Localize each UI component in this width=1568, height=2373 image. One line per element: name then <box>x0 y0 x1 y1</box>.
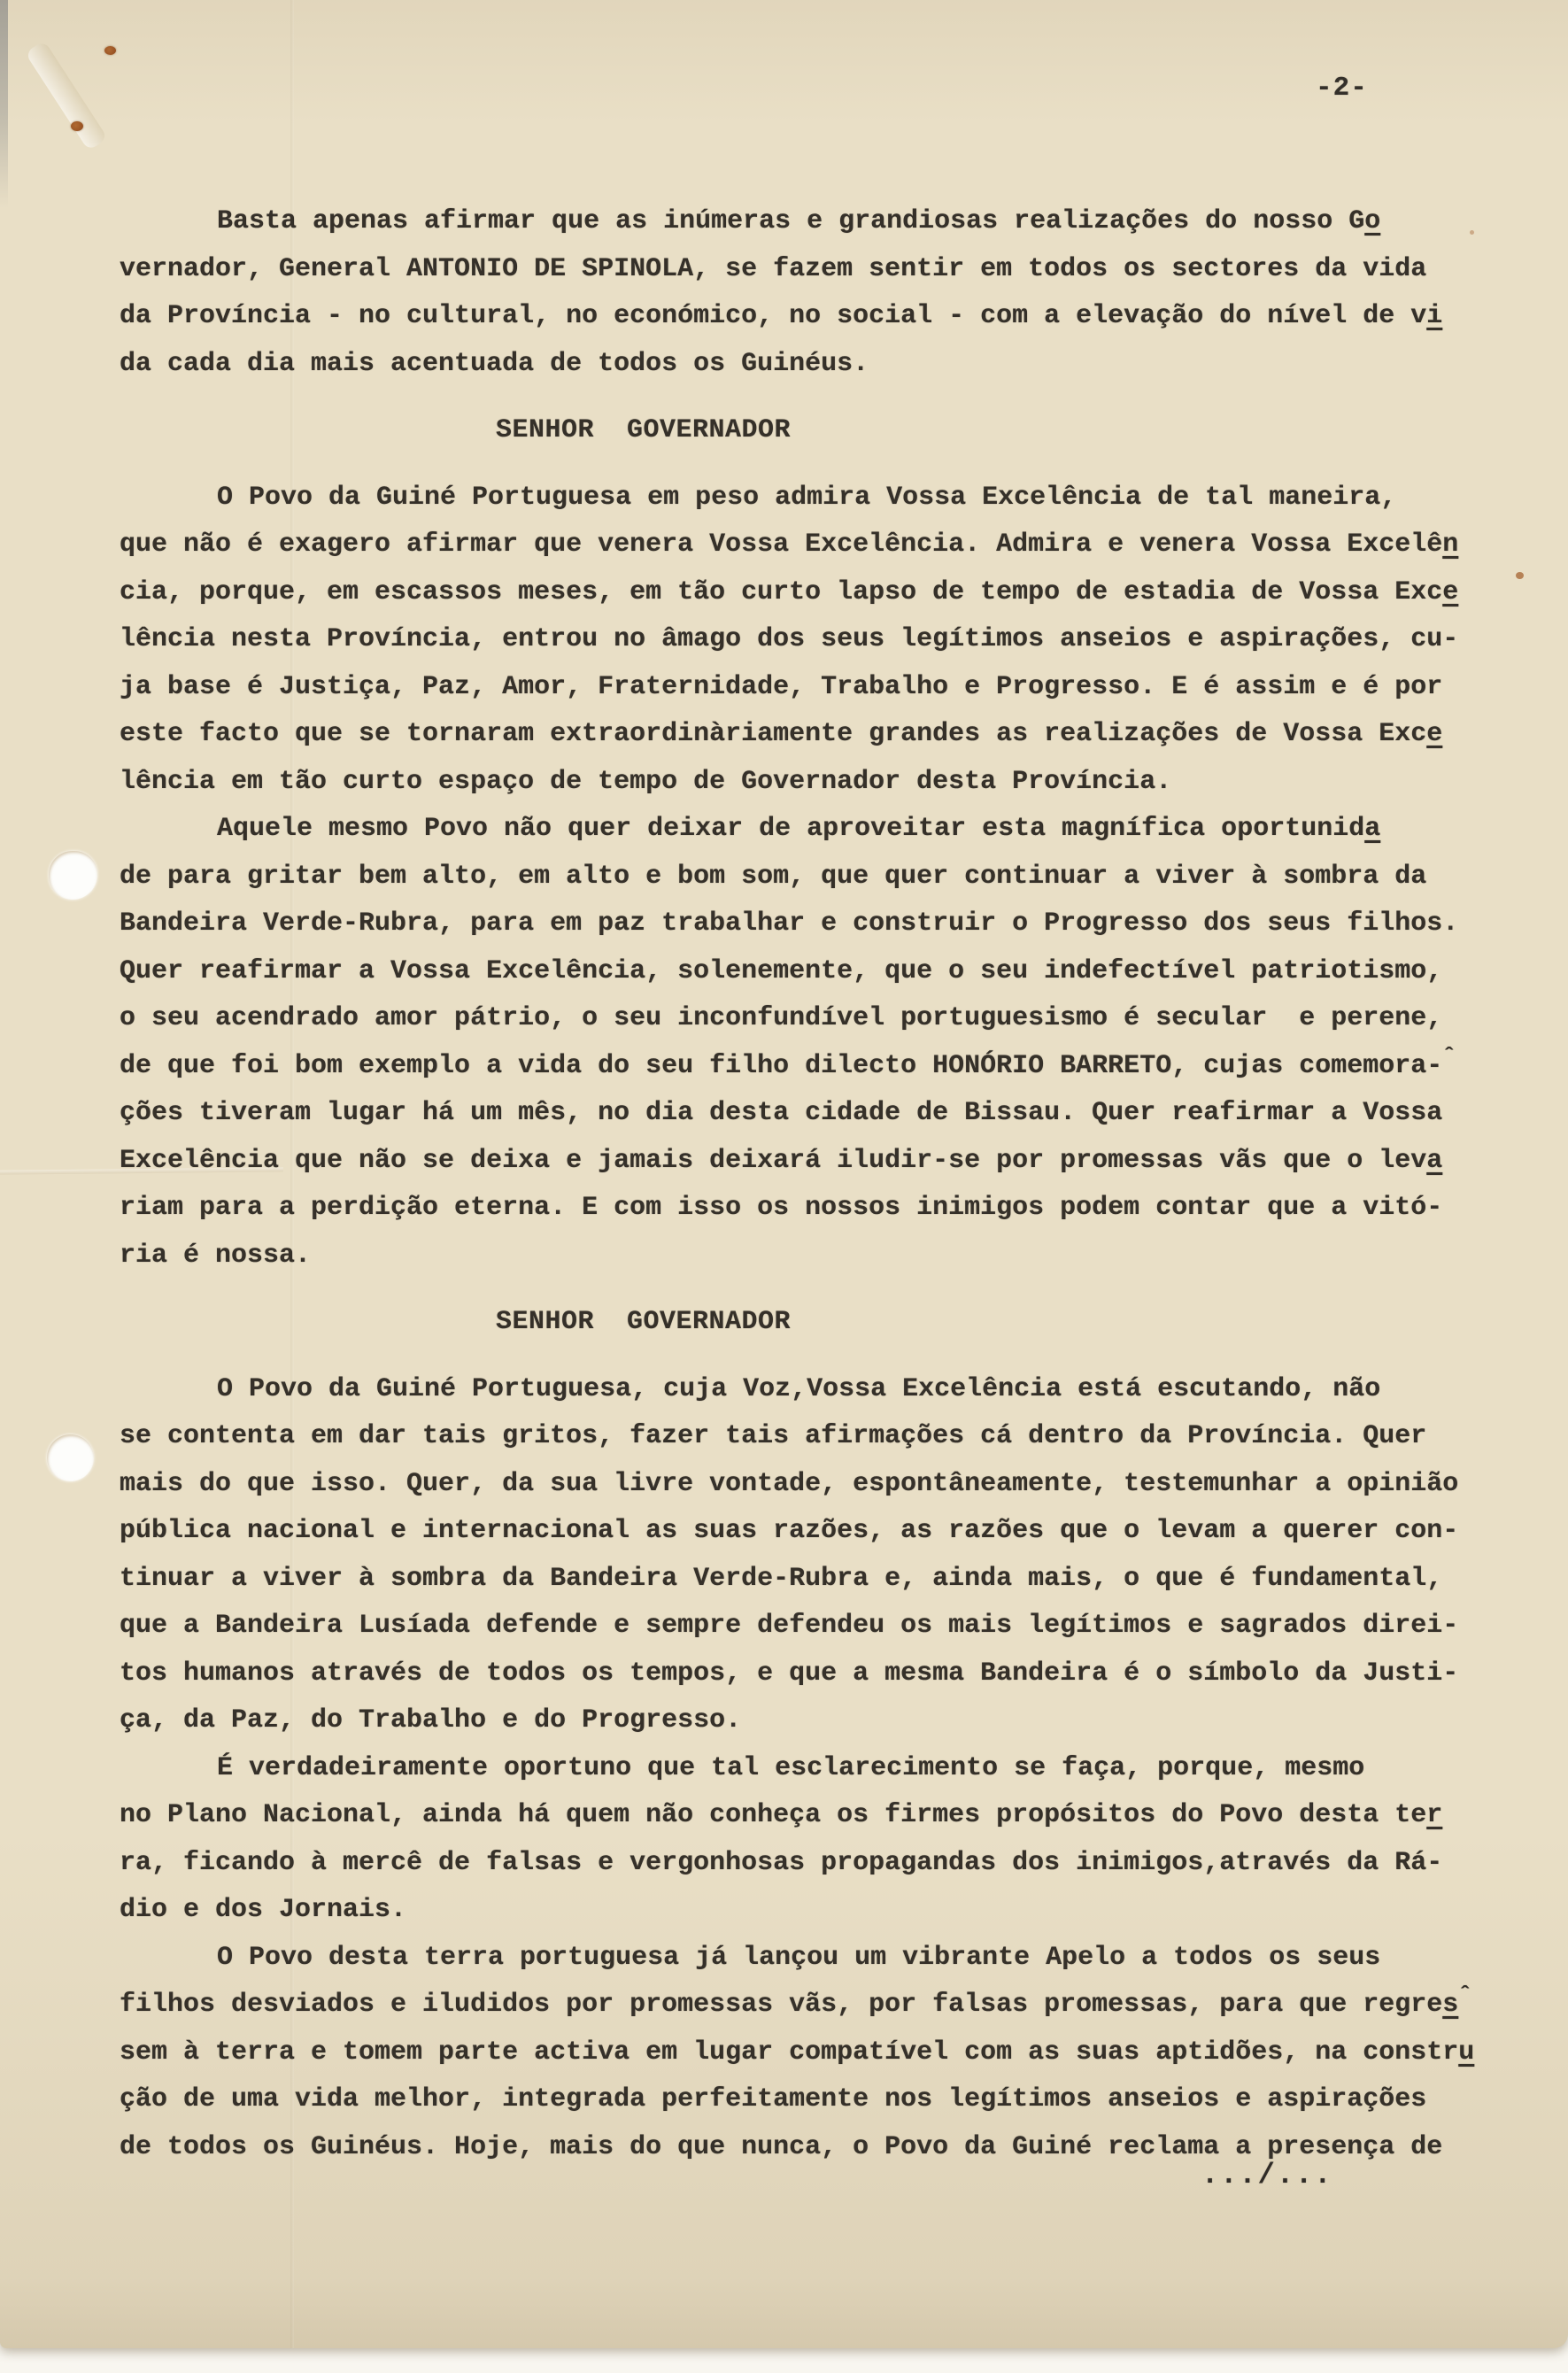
text-line: cia, porque, em escassos meses, em tão c… <box>120 569 1541 617</box>
typewritten-text: Basta apenas afirmar que as inúmeras e g… <box>120 198 1541 2171</box>
continuation-mark: .../... <box>1201 2159 1332 2191</box>
text-line: este facto que se tornaram extraordinàri… <box>120 711 1541 759</box>
text-line: O Povo da Guiné Portuguesa, cuja Voz,Vos… <box>120 1366 1541 1414</box>
page-number: -2- <box>1316 73 1368 104</box>
text-line: lência em tão curto espaço de tempo de G… <box>120 759 1541 807</box>
text-line: se contenta em dar tais gritos, fazer ta… <box>120 1413 1541 1461</box>
text-line: pública nacional e internacional as suas… <box>120 1508 1541 1556</box>
staple-crease <box>25 41 108 151</box>
section-heading: SENHOR GOVERNADOR <box>496 407 1541 455</box>
text-line: O Povo desta terra portuguesa já lançou … <box>120 1935 1541 1983</box>
text-line: da Província - no cultural, no económico… <box>120 293 1541 341</box>
hole-punch <box>47 1434 94 1481</box>
text-line: sem à terra e tomem parte activa em luga… <box>120 2029 1541 2077</box>
text-line: que a Bandeira Lusíada defende e sempre … <box>120 1603 1541 1650</box>
hole-punch <box>49 851 97 900</box>
text-line: ra, ficando à mercê de falsas e vergonho… <box>120 1840 1541 1888</box>
staple-rust-mark <box>104 46 116 55</box>
text-line: que não é exagero afirmar que venera Vos… <box>120 522 1541 569</box>
text-line: ção de uma vida melhor, integrada perfei… <box>120 2076 1541 2124</box>
text-line: o seu acendrado amor pátrio, o seu incon… <box>120 995 1541 1043</box>
scanned-page: -2- Basta apenas afirmar que as inúmeras… <box>0 0 1568 2348</box>
text-line: no Plano Nacional, ainda há quem não con… <box>120 1792 1541 1840</box>
text-line: É verdadeiramente oportuno que tal escla… <box>120 1745 1541 1793</box>
text-line: ja base é Justiça, Paz, Amor, Fraternida… <box>120 664 1541 712</box>
text-line: dio e dos Jornais. <box>120 1887 1541 1935</box>
text-line: tos humanos através de todos os tempos, … <box>120 1650 1541 1698</box>
section-heading: SENHOR GOVERNADOR <box>496 1299 1541 1347</box>
text-line: Quer reafirmar a Vossa Excelência, solen… <box>120 948 1541 996</box>
text-line: mais do que isso. Quer, da sua livre von… <box>120 1461 1541 1509</box>
text-line: ria é nossa. <box>120 1233 1541 1280</box>
text-line: Basta apenas afirmar que as inúmeras e g… <box>120 198 1541 246</box>
text-line: de para gritar bem alto, em alto e bom s… <box>120 854 1541 901</box>
text-line: vernador, General ANTONIO DE SPINOLA, se… <box>120 246 1541 294</box>
text-line: riam para a perdição eterna. E com isso … <box>120 1185 1541 1233</box>
text-line: Bandeira Verde-Rubra, para em paz trabal… <box>120 901 1541 948</box>
staple-rust-mark <box>71 121 83 131</box>
text-line: ções tiveram lugar há um mês, no dia des… <box>120 1090 1541 1138</box>
text-line: filhos desviados e iludidos por promessa… <box>120 1982 1541 2029</box>
text-line: lência nesta Província, entrou no âmago … <box>120 616 1541 664</box>
text-line: Excelência que não se deixa e jamais dei… <box>120 1138 1541 1186</box>
scanner-edge-shadow <box>0 0 8 208</box>
text-line: tinuar a viver à sombra da Bandeira Verd… <box>120 1556 1541 1604</box>
text-line: de que foi bom exemplo a vida do seu fil… <box>120 1043 1541 1091</box>
text-line: Aquele mesmo Povo não quer deixar de apr… <box>120 806 1541 854</box>
text-line: O Povo da Guiné Portuguesa em peso admir… <box>120 475 1541 522</box>
text-line: da cada dia mais acentuada de todos os G… <box>120 341 1541 389</box>
text-line: ça, da Paz, do Trabalho e do Progresso. <box>120 1697 1541 1745</box>
